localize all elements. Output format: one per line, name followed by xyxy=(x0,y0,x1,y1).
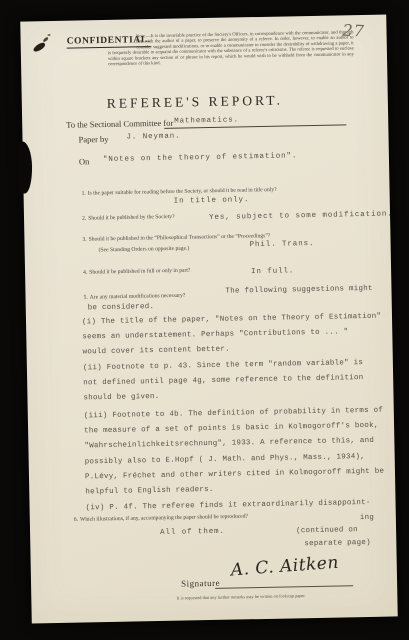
note-text: Note.—It is the invariable practice of t… xyxy=(108,29,354,66)
answer-5-line1: The following suggestions might xyxy=(225,285,372,296)
footer-note-wrap: It is requested that any further remarks… xyxy=(121,592,361,607)
signature-underline xyxy=(215,585,353,589)
answer-3: Phil. Trans. xyxy=(250,240,315,249)
remark-ii: (ii) Footnote to p. 43. Since the term "… xyxy=(83,355,394,407)
signature-handwriting: A. C. Aitken xyxy=(230,553,339,581)
answer-6: All of them. xyxy=(160,528,225,537)
question-5: 5.Are any material modifications necessa… xyxy=(83,291,185,300)
remark-iii: (iii) Footnote to 4b. The definition of … xyxy=(84,403,398,500)
question-3-note: (See Standing Orders on opposite page.) xyxy=(99,244,190,252)
question-3: 3.Should it be published in the “Philoso… xyxy=(82,232,270,242)
answer-2: Yes, subject to some modification. xyxy=(209,210,393,222)
ink-blot xyxy=(47,34,50,36)
footer-note: It is requested that any further remarks… xyxy=(121,592,361,602)
answer-5-line2: be considered. xyxy=(88,303,155,312)
paper-by-label: Paper by xyxy=(78,134,108,145)
question-4: 4.Should it be published in full or only… xyxy=(83,266,190,275)
on-label: On xyxy=(79,156,90,166)
paper-by-value: J. Neyman. xyxy=(126,133,180,142)
paper-tear xyxy=(17,141,33,193)
header-note: Note.—It is the invariable practice of t… xyxy=(108,29,355,78)
report-title: REFEREE'S REPORT. xyxy=(22,91,368,114)
continued-note-line1: (continued on xyxy=(296,526,358,535)
question-1: 1.Is the paper suitable for reading befo… xyxy=(81,186,276,196)
committee-label: To the Sectional Committee for xyxy=(66,118,173,130)
answer-1: In title only. xyxy=(174,196,250,205)
ink-blot xyxy=(32,41,46,53)
answer-4: In full. xyxy=(251,267,294,276)
committee-value: Mathematics. xyxy=(174,116,239,125)
question-2: 2.Should it be published by the Society? xyxy=(82,213,175,221)
continued-note-line2: separate page) xyxy=(304,539,371,548)
ink-blot xyxy=(42,37,49,43)
remark-i: (i) The title of the paper, "Notes on th… xyxy=(82,309,393,361)
on-value: "Notes on the theory of estimation". xyxy=(103,152,298,164)
report-sheet: 27 CONFIDENTIAL. Note.—It is the invaria… xyxy=(20,15,397,624)
remark-iv-continuation-word: ing xyxy=(360,514,374,522)
note-indent xyxy=(108,33,137,45)
